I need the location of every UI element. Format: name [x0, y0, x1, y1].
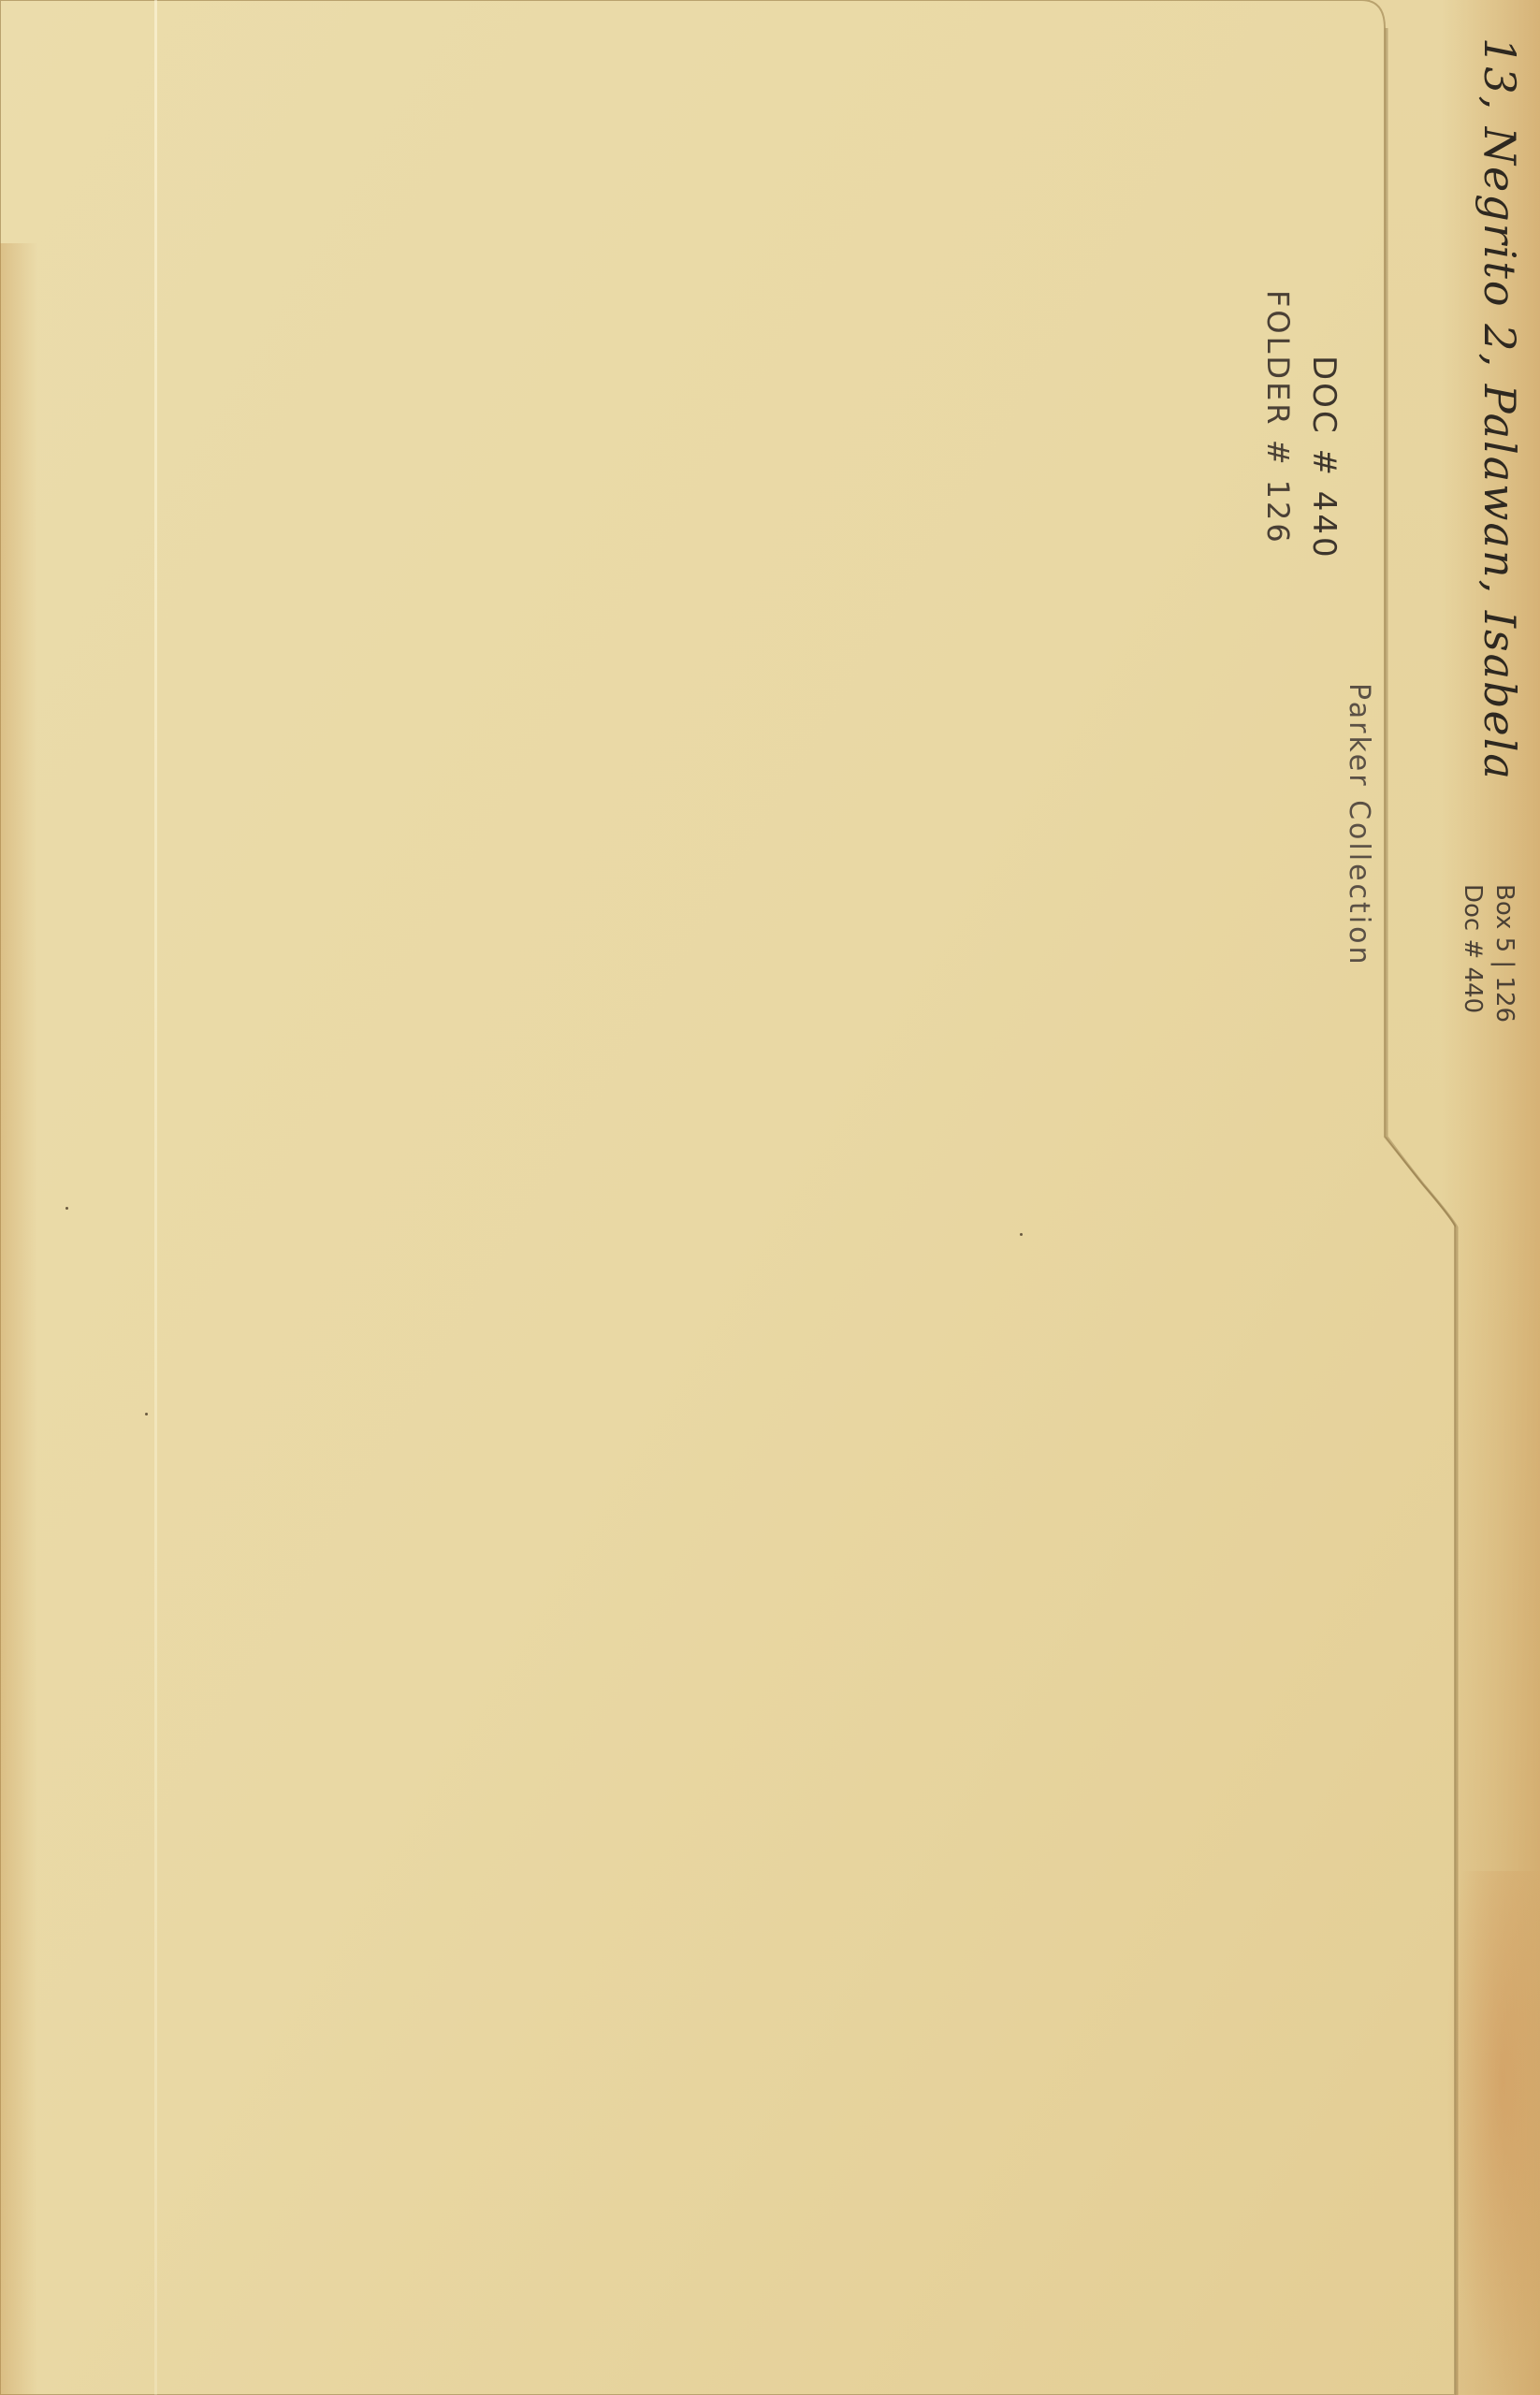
speck [1020, 1233, 1023, 1236]
tab-doc-note: Doc # 440 [1457, 884, 1489, 1023]
tab-label: 13, Negrito 2, Palawan, Isabela [1475, 37, 1525, 781]
folder-number: FOLDER # 126 [1260, 290, 1296, 545]
tab-box-doc-note: Box 5 | 126 Doc # 440 [1457, 884, 1520, 1023]
box-note: Box 5 | 126 [1489, 884, 1520, 1023]
doc-number: DOC # 440 [1305, 356, 1343, 560]
speck [65, 1207, 68, 1210]
age-stain [0, 243, 37, 2395]
score-line [154, 0, 157, 2395]
collection-label: Parker Collection [1343, 683, 1375, 966]
age-stain [1446, 1871, 1540, 2395]
speck [145, 1413, 148, 1415]
